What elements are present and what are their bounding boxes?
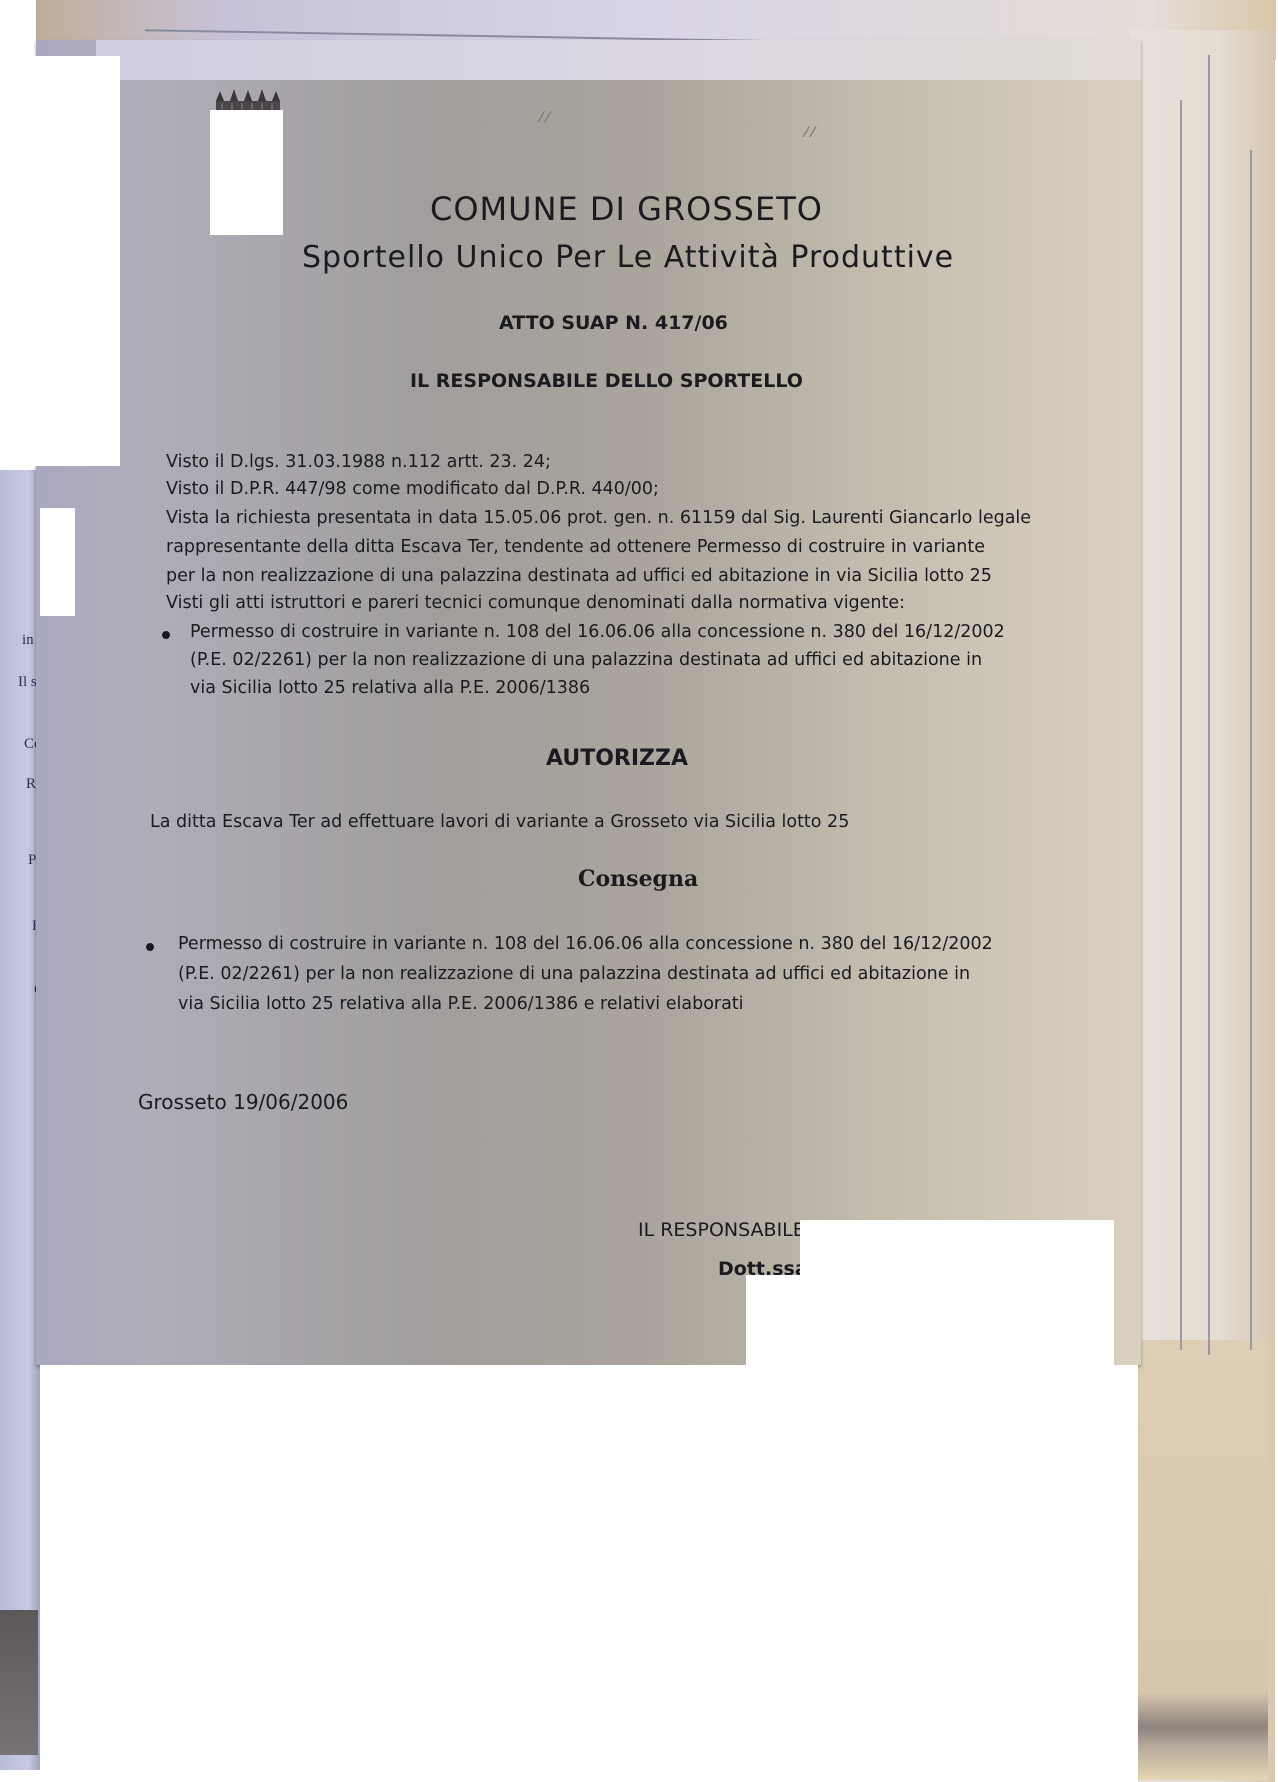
place-date: Grosseto 19/06/2006	[138, 1090, 348, 1114]
redaction-block	[40, 508, 75, 616]
municipality-title: COMUNE DI GROSSETO	[430, 190, 823, 228]
signature-role: IL RESPONSABILE	[638, 1219, 805, 1241]
page-edge-line	[1208, 55, 1210, 1355]
recital-line: rappresentante della ditta Escava Ter, t…	[166, 537, 985, 557]
stamp-mark: ⁄ ⁄	[805, 125, 814, 141]
office-title: Sportello Unico Per Le Attività Produtti…	[302, 240, 954, 275]
redaction-block	[40, 1365, 1138, 1782]
redaction-block	[0, 56, 120, 466]
delivery-heading: Consegna	[578, 866, 698, 892]
recital-line: Visto il D.P.R. 447/98 come modificato d…	[166, 479, 659, 499]
redaction-block	[210, 110, 283, 235]
page-edge-line	[1180, 100, 1182, 1350]
authorization-text: La ditta Escava Ter ad effettuare lavori…	[150, 812, 849, 832]
recital-bullet-line: Permesso di costruire in variante n. 108…	[190, 622, 1005, 642]
authorizes-heading: AUTORIZZA	[546, 746, 688, 771]
bullet-icon	[162, 631, 170, 639]
delivery-bullet-line: via Sicilia lotto 25 relativa alla P.E. …	[178, 994, 744, 1014]
underlying-page-left	[0, 470, 40, 1770]
recital-bullet-line: via Sicilia lotto 25 relativa alla P.E. …	[190, 678, 590, 698]
recital-line: Vista la richiesta presentata in data 15…	[166, 508, 1031, 528]
recital-bullet-line: (P.E. 02/2261) per la non realizzazione …	[190, 650, 982, 670]
sheet-top-highlight	[96, 40, 1141, 80]
stamp-mark: ⁄ ⁄	[540, 110, 549, 126]
bullet-icon	[146, 943, 154, 951]
page-edge-line	[1250, 150, 1252, 1350]
underlying-pages-right-bottom	[1138, 1340, 1268, 1780]
document-sheet	[36, 40, 1141, 1365]
recital-line: Visto il D.lgs. 31.03.1988 n.112 artt. 2…	[166, 452, 551, 472]
issuer-heading: IL RESPONSABILE DELLO SPORTELLO	[410, 370, 803, 392]
folder-left-dark-edge	[0, 1610, 38, 1755]
recital-line: Visti gli atti istruttori e pareri tecni…	[166, 593, 905, 613]
delivery-bullet-line: Permesso di costruire in variante n. 108…	[178, 934, 993, 954]
delivery-bullet-line: (P.E. 02/2261) per la non realizzazione …	[178, 964, 970, 984]
redaction-block	[746, 1275, 806, 1365]
redaction-block	[800, 1220, 1114, 1365]
recital-line: per la non realizzazione di una palazzin…	[166, 566, 992, 586]
act-number: ATTO SUAP N. 417/06	[499, 312, 728, 334]
